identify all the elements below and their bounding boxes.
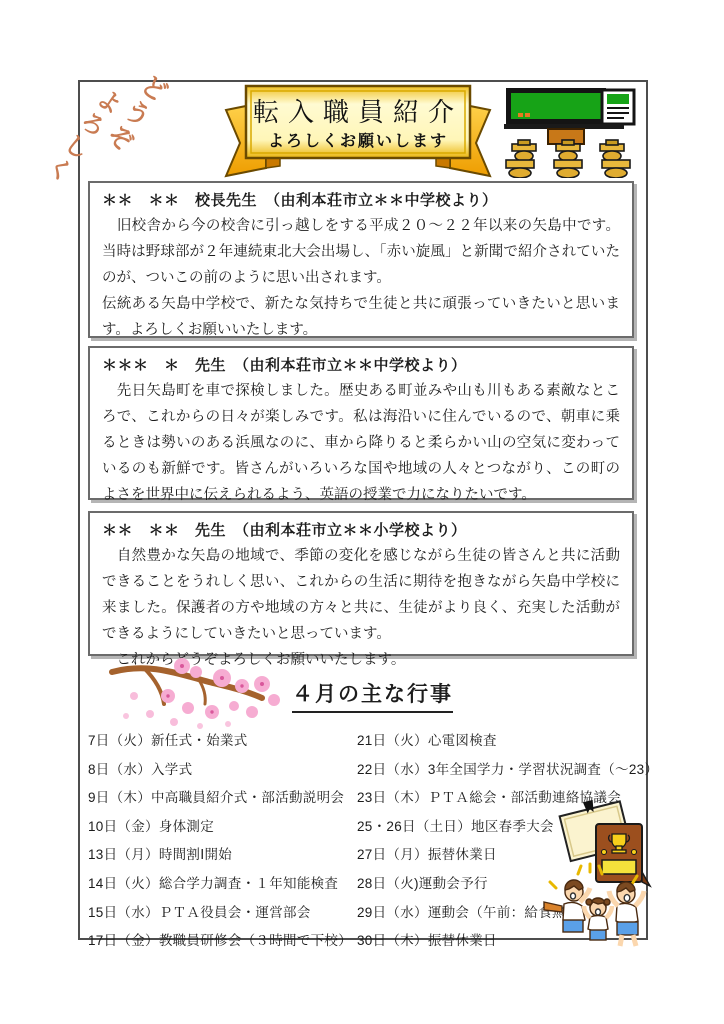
intro-heading: ＊＊＊ ＊ 先生 （由利本荘市立＊＊中学校より） [102, 354, 620, 375]
event-item: 21日（火）心電図検査 [357, 729, 649, 758]
event-item: 9日（木）中高職員紹介式・部活動説明会 [88, 786, 356, 815]
intro-box-principal: ＊＊ ＊＊ 校長先生 （由利本荘市立＊＊中学校より） 旧校舎から今の校舎に引っ越… [88, 181, 634, 338]
banner-subtitle: よろしくお願いします [248, 128, 468, 151]
event-item: 15日（水）ＰＴＡ役員会・運営部会 [88, 901, 356, 930]
intro-box-teacher-1: ＊＊＊ ＊ 先生 （由利本荘市立＊＊中学校より） 先日矢島町を車で探検しました。… [88, 346, 634, 500]
classroom-illustration-icon [504, 86, 638, 178]
event-item: 10日（金）身体測定 [88, 815, 356, 844]
intro-body: 自然豊かな矢島の地域で、季節の変化を感じながら生徒の皆さんと共に活動できることを… [102, 543, 620, 673]
banner-title: 転入職員紹介 [248, 92, 468, 129]
events-list-left: 7日（火）新任式・始業式 8日（水）入学式 9日（木）中高職員紹介式・部活動説明… [88, 729, 356, 958]
event-item: 7日（火）新任式・始業式 [88, 729, 356, 758]
event-item: 22日（水）3年全国学力・学習状況調査（～23） [357, 758, 649, 787]
intro-heading: ＊＊ ＊＊ 校長先生 （由利本荘市立＊＊中学校より） [102, 189, 620, 210]
cherry-blossom-icon [104, 656, 289, 736]
cheering-kids-icon [540, 862, 654, 950]
event-item: 17日（金）教職員研修会（３時間で下校） [88, 929, 356, 958]
intro-body: 旧校舎から今の校舎に引っ越しをする平成２０～２２年以来の矢島中です。当時は野球部… [102, 213, 620, 343]
event-item: 8日（水）入学式 [88, 758, 356, 787]
title-banner: 転入職員紹介 よろしくお願いします [220, 82, 496, 178]
newsletter-page: どうぞ よろしく 転入職員紹介 よろしくお願いします [0, 0, 724, 1024]
intro-heading: ＊＊ ＊＊ 先生 （由利本荘市立＊＊小学校より） [102, 519, 620, 540]
event-item: 14日（火）総合学力調査・１年知能検査 [88, 872, 356, 901]
events-section-title: ４月の主な行事 [292, 678, 453, 713]
intro-body: 先日矢島町を車で探検しました。歴史ある町並みや山も川もある素敵なところで、これか… [102, 378, 620, 508]
intro-box-teacher-2: ＊＊ ＊＊ 先生 （由利本荘市立＊＊小学校より） 自然豊かな矢島の地域で、季節の… [88, 511, 634, 656]
event-item: 13日（月）時間割Ⅰ開始 [88, 843, 356, 872]
